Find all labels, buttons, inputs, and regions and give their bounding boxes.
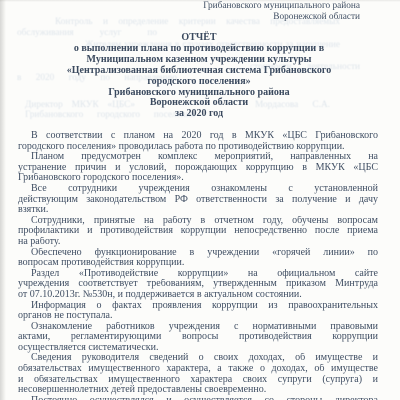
header-address-block: Грибановского муниципального района Воро… (110, 1, 360, 22)
body-line: Раздел «Противодействие коррупции» на оф… (18, 269, 378, 280)
header-line-region: Воронежской области (110, 12, 360, 23)
body-line: актами, регламентирующими вопросы против… (18, 332, 378, 343)
body-line: Сотрудники, принятые на работу в отчетно… (18, 216, 378, 227)
body-line: Обеспечено функционирование в учреждении… (18, 248, 378, 259)
report-body: В соответствии с планом на 2020 год в МК… (18, 131, 378, 400)
body-line: органов не поступала. (18, 311, 378, 322)
body-line: обязательствах имущественного характера,… (18, 364, 378, 375)
scanned-document-page: Контроль и определение критерии качества… (0, 0, 400, 400)
report-subtitle-line: городского поселения» (19, 77, 379, 88)
body-line: Информация о фактах проявления коррупции… (18, 301, 378, 312)
header-line-district: Грибановского муниципального района (110, 1, 360, 12)
body-line: несовершеннолетних детей предоставлены с… (18, 385, 378, 396)
body-line: Грибановского городского поселения». (18, 173, 378, 184)
body-line: профилактики и противодействия коррупции… (18, 226, 378, 237)
body-line: Планом предусмотрен комплекс мероприятий… (18, 152, 378, 163)
body-line: Ознакомление работников учреждения с нор… (18, 322, 378, 333)
body-line: взятки. (18, 205, 378, 216)
scan-edge-shadow (0, 0, 6, 400)
body-line: Все сотрудники учреждения ознакомлены с … (18, 184, 378, 195)
body-line: от 07.10.2013г. №530н, и поддерживается … (18, 290, 378, 301)
report-subtitle-line: «Централизованная библиотечная система Г… (19, 66, 379, 77)
body-line: устранение причин и условий, порождающих… (18, 163, 378, 174)
report-title-block: ОТЧЁТ о выполнении плана по противодейст… (19, 33, 379, 120)
body-line: В соответствии с планом на 2020 год в МК… (18, 131, 378, 142)
body-line: Постоянно осуществлялся и осуществляется… (18, 396, 378, 400)
body-line: Сведения руководителя сведений о своих д… (18, 353, 378, 364)
body-line: городского поселения» проводилась работа… (18, 142, 378, 153)
report-year-line: за 2020 год (19, 109, 379, 120)
body-line: осуществляется систематически. (18, 343, 378, 354)
body-line: на работу. (18, 237, 378, 248)
body-line: действующим законодательством РФ ответст… (18, 195, 378, 206)
body-line: и обязательствах имущественного характер… (18, 375, 378, 386)
body-line: учреждения соответствует требованиям, ут… (18, 279, 378, 290)
body-line: вопросам противодействия коррупции. (18, 258, 378, 269)
